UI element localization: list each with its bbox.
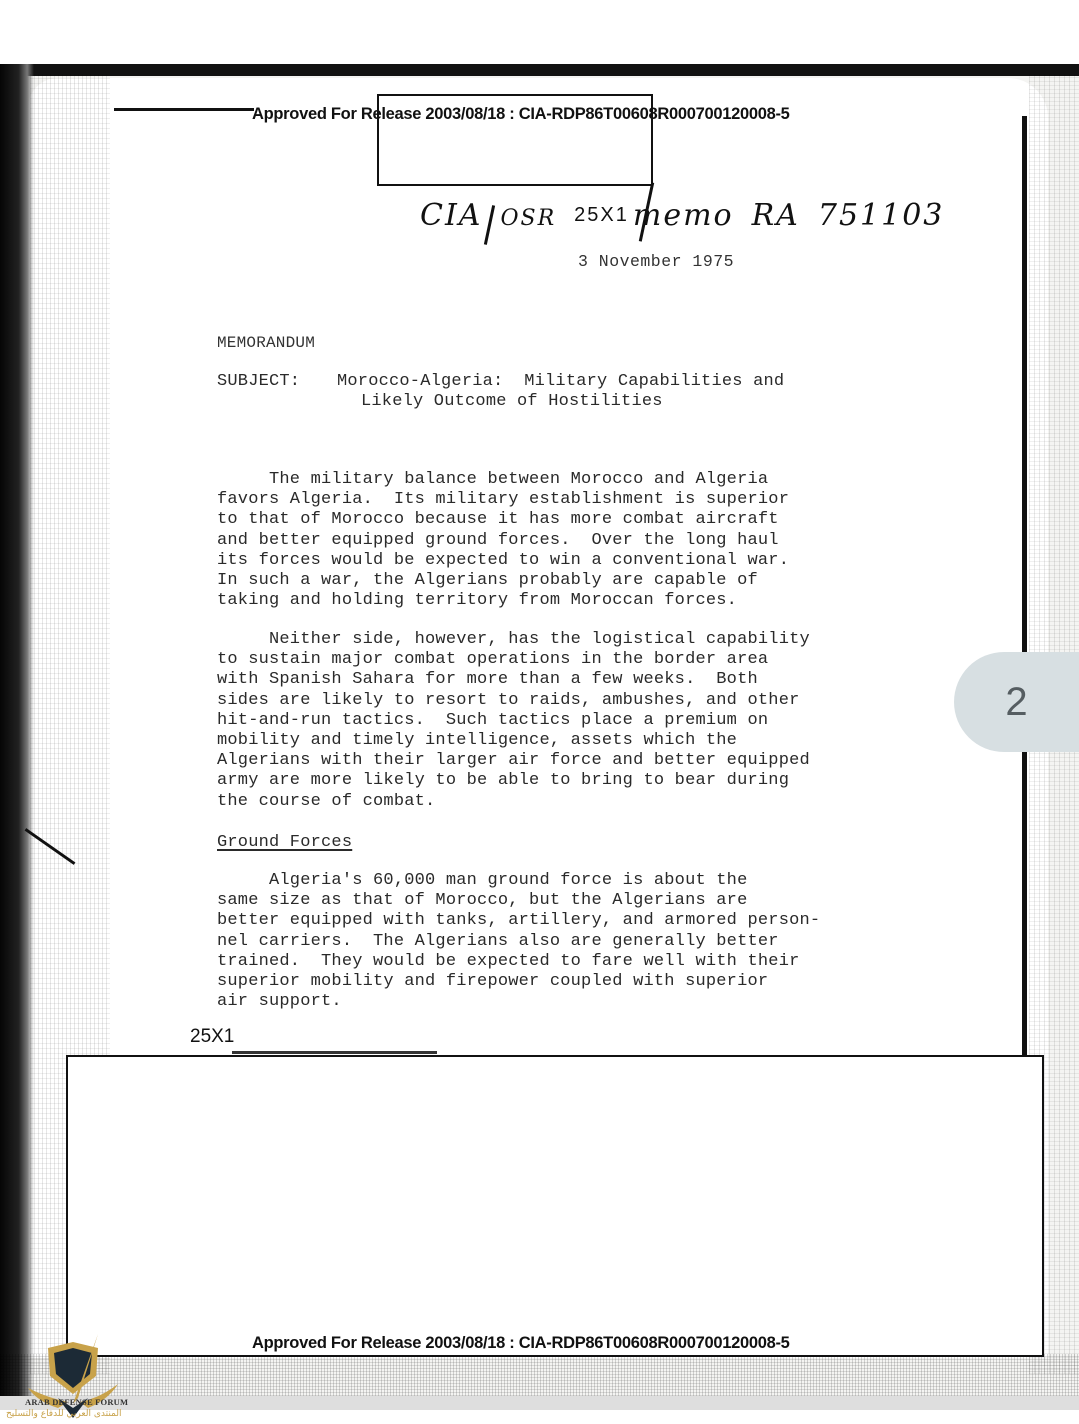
scan-edge-left (0, 64, 34, 1396)
scan-noise-bottom (0, 1354, 1079, 1396)
scan-edge-top (0, 64, 1079, 76)
release-stamp-bottom: Approved For Release 2003/08/18 : CIA-RD… (252, 1334, 790, 1353)
paragraph-military-balance: The military balance between Morocco and… (217, 470, 789, 611)
subject-label: SUBJECT: (217, 372, 337, 392)
memo-label: MEMORANDUM (217, 333, 315, 353)
underline-mark (232, 1051, 437, 1054)
page-number: 2 (1005, 680, 1027, 725)
paragraph-logistics: Neither side, however, has the logistica… (217, 630, 810, 812)
subject-line-1: Morocco-Algeria: Military Capabilities a… (337, 372, 784, 391)
watermark-name-en: ARAB DEFENSE FORUM (25, 1397, 128, 1407)
subject-block: SUBJECT:Morocco-Algeria: Military Capabi… (217, 372, 784, 412)
memo-date: 3 November 1975 (578, 252, 734, 271)
handwritten-number: 751103 (818, 198, 945, 233)
subject-line-2: Likely Outcome of Hostilities (361, 392, 663, 411)
redaction-code-header: 25X1 (574, 204, 629, 226)
handwritten-office: OSR (500, 206, 556, 231)
page-number-badge[interactable]: 2 (954, 652, 1079, 752)
redaction-box-bottom (66, 1055, 1044, 1357)
redaction-box-top (377, 94, 653, 186)
top-rule-line (114, 108, 254, 111)
redaction-code-bottom: 25X1 (190, 1026, 234, 1048)
watermark-name-ar: المنتدى العربي للدفاع والتسليح (6, 1409, 121, 1419)
watermark-strip (0, 1396, 1079, 1410)
paragraph-ground-forces: Algeria's 60,000 man ground force is abo… (217, 871, 820, 1012)
handwritten-ra: RA (752, 198, 800, 233)
handwritten-agency: CIA (420, 198, 482, 233)
section-heading-ground-forces: Ground Forces (217, 833, 352, 853)
handwritten-header: CIAOSR25X1memoRA751103 (420, 198, 962, 233)
